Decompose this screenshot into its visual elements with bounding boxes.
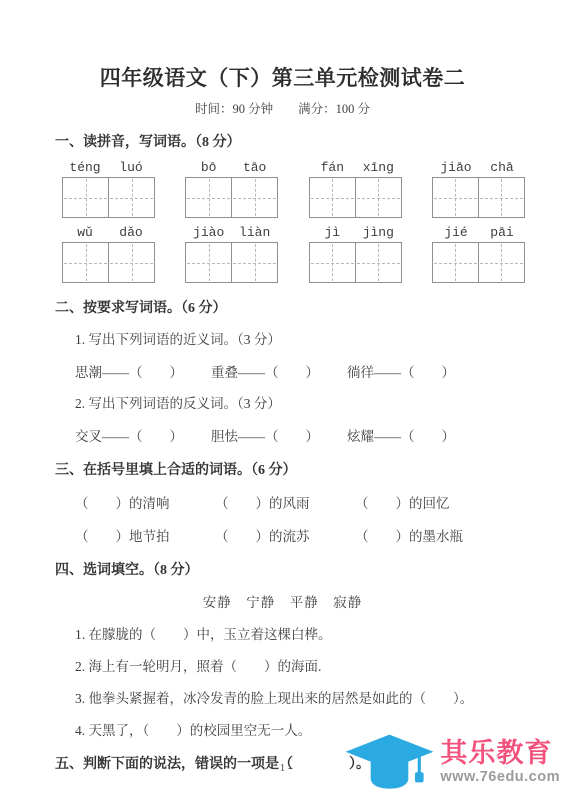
pinyin-syllable: pāi xyxy=(479,225,525,240)
section-2-subitem-2: 2. 写出下列词语的反义词。（3 分） xyxy=(75,392,565,412)
writing-grid xyxy=(432,242,525,283)
page-title: 四年级语文（下）第三单元检测试卷二 xyxy=(0,62,565,92)
antonym-blank: 炫耀——（ ） xyxy=(347,425,455,445)
synonym-blank: 重叠——（ ） xyxy=(211,361,347,381)
fill-item-1: 1. 在朦胧的（ ）中，玉立着这棵白桦。 xyxy=(75,623,565,643)
writing-grid xyxy=(62,177,155,218)
pinyin-syllable: chā xyxy=(479,160,525,175)
writing-cell xyxy=(355,178,401,217)
phrase-blank: （ ）的墨水瓶 xyxy=(355,525,463,545)
antonym-blank: 胆怯——（ ） xyxy=(211,425,347,445)
phrase-blank: （ ）的风雨 xyxy=(215,492,355,512)
fill-item-2: 2. 海上有一轮明月，照着（ ）的海面. xyxy=(75,655,565,675)
pinyin-syllable: jì xyxy=(309,225,355,240)
writing-grid xyxy=(432,177,525,218)
phrase-blank: （ ）的清响 xyxy=(75,492,215,512)
writing-cell xyxy=(355,243,401,282)
pinyin-row-2: wǔ dǎo jiào liàn jì jìng jié pāi xyxy=(62,225,525,240)
synonym-row: 思潮——（ ） 重叠——（ ） 徜徉——（ ） xyxy=(75,361,565,381)
writing-cell xyxy=(63,178,108,217)
writing-grid xyxy=(62,242,155,283)
pinyin-label: bō tāo xyxy=(186,160,278,175)
writing-cell xyxy=(186,178,231,217)
writing-cell xyxy=(433,243,478,282)
pinyin-label: jié pāi xyxy=(433,225,525,240)
graduation-cap-icon xyxy=(342,733,437,791)
writing-cell xyxy=(231,178,277,217)
section-2-subitem-1: 1. 写出下列词语的近义词。（3 分） xyxy=(75,328,565,348)
writing-cell xyxy=(433,178,478,217)
writing-cell xyxy=(478,178,524,217)
writing-cell xyxy=(478,243,524,282)
writing-grid xyxy=(185,242,278,283)
writing-cell xyxy=(231,243,277,282)
pinyin-syllable: bō xyxy=(186,160,232,175)
writing-cell xyxy=(186,243,231,282)
logo-website-url: www.76edu.com xyxy=(440,769,560,786)
writing-cell xyxy=(108,178,154,217)
pinyin-syllable: xīng xyxy=(355,160,401,175)
pinyin-grid-area: téng luó bō tāo fán xīng jiāo chā xyxy=(62,160,525,283)
pinyin-syllable: dǎo xyxy=(108,225,154,240)
logo-text-block: 其乐教育 www.76edu.com xyxy=(440,739,560,785)
pinyin-row-1: téng luó bō tāo fán xīng jiāo chā xyxy=(62,160,525,175)
synonym-blank: 思潮——（ ） xyxy=(75,361,211,381)
writing-cell xyxy=(63,243,108,282)
pinyin-syllable: jié xyxy=(433,225,479,240)
section-1-heading: 一、读拼音，写词语。（8 分） xyxy=(55,131,565,151)
section-2-heading: 二、按要求写词语。（6 分） xyxy=(55,297,565,317)
pinyin-label: wǔ dǎo xyxy=(62,225,154,240)
pinyin-label: jì jìng xyxy=(309,225,401,240)
fill-item-3: 3. 他拳头紧握着，冰冷发青的脸上现出来的居然是如此的（ ）。 xyxy=(75,687,565,707)
antonym-blank: 交叉——（ ） xyxy=(75,425,211,445)
pinyin-syllable: téng xyxy=(62,160,108,175)
pinyin-label: jiào liàn xyxy=(186,225,278,240)
phrase-row-2: （ ）地节拍 （ ）的流苏 （ ）的墨水瓶 xyxy=(75,525,565,545)
pinyin-label: jiāo chā xyxy=(433,160,525,175)
pinyin-syllable: jiāo xyxy=(433,160,479,175)
writing-grid xyxy=(185,177,278,218)
phrase-blank: （ ）的流苏 xyxy=(215,525,355,545)
writing-cell xyxy=(108,243,154,282)
writing-cell xyxy=(310,243,355,282)
synonym-blank: 徜徉——（ ） xyxy=(347,361,455,381)
phrase-blank: （ ）地节拍 xyxy=(75,525,215,545)
pinyin-syllable: liàn xyxy=(232,225,278,240)
pinyin-syllable: wǔ xyxy=(62,225,108,240)
word-bank: 安静 宁静 平静 寂静 xyxy=(0,591,565,611)
section-3-heading: 三、在括号里填上合适的词语。（6 分） xyxy=(55,459,565,479)
writing-grid xyxy=(309,242,402,283)
logo-brand-name: 其乐教育 xyxy=(440,739,552,769)
writing-grid-row-1 xyxy=(62,177,525,218)
writing-grid xyxy=(309,177,402,218)
exam-meta: 时间：90 分钟 满分：100 分 xyxy=(0,99,565,117)
publisher-logo: 其乐教育 www.76edu.com xyxy=(342,733,560,791)
pinyin-syllable: jiào xyxy=(186,225,232,240)
section-4-heading: 四、选词填空。（8 分） xyxy=(55,559,565,579)
antonym-row: 交叉——（ ） 胆怯——（ ） 炫耀——（ ） xyxy=(75,425,565,445)
pinyin-label: téng luó xyxy=(62,160,154,175)
writing-cell xyxy=(310,178,355,217)
test-paper-page: 四年级语文（下）第三单元检测试卷二 时间：90 分钟 满分：100 分 一、读拼… xyxy=(0,0,565,800)
pinyin-syllable: fán xyxy=(309,160,355,175)
phrase-blank: （ ）的回忆 xyxy=(355,492,450,512)
pinyin-syllable: jìng xyxy=(355,225,401,240)
pinyin-label: fán xīng xyxy=(309,160,401,175)
phrase-row-1: （ ）的清响 （ ）的风雨 （ ）的回忆 xyxy=(75,492,565,512)
writing-grid-row-2 xyxy=(62,242,525,283)
pinyin-syllable: tāo xyxy=(232,160,278,175)
pinyin-syllable: luó xyxy=(108,160,154,175)
